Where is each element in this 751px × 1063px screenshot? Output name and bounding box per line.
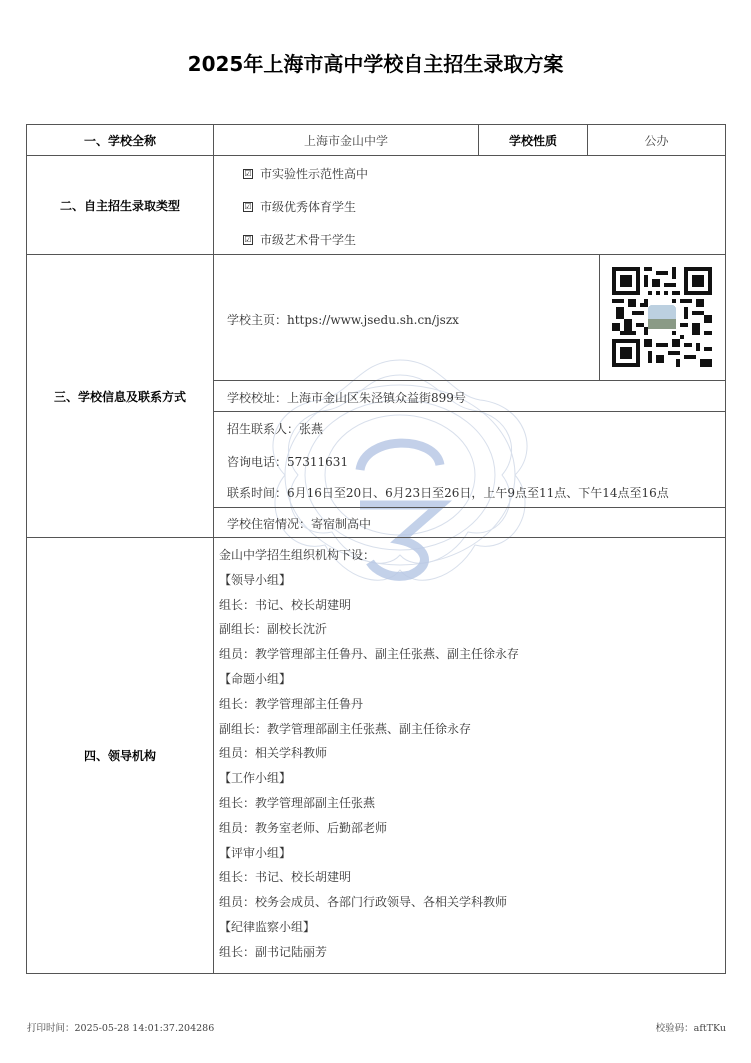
homepage-link[interactable]: 学校主页：https://www.jsedu.sh.cn/jszx <box>227 311 459 328</box>
list-item: 副组长：教学管理部副主任张燕、副主任徐永存 <box>219 720 519 745</box>
admission-type-item: ☑ 市级艺术骨干学生 <box>243 231 356 248</box>
admission-type-label: 市级优秀体育学生 <box>260 198 356 215</box>
leadership-list: 金山中学招生组织机构下设： 【领导小组】 组长：书记、校长胡建明 副组长：副校长… <box>219 546 519 968</box>
list-item: 【工作小组】 <box>219 769 519 794</box>
print-time: 打印时间：2025-05-28 14:01:37.204286 <box>27 1020 214 1034</box>
list-item: 【纪律监察小组】 <box>219 918 519 943</box>
list-item: 金山中学招生组织机构下设： <box>219 546 519 571</box>
admission-type-item: ☑ 市实验性示范性高中 <box>243 165 368 182</box>
list-item: 组长：副书记陆丽芳 <box>219 943 519 968</box>
list-item: 组长：教学管理部主任鲁丹 <box>219 695 519 720</box>
list-item: 组员：教务室老师、后勤部老师 <box>219 819 519 844</box>
contact-person: 招生联系人：张燕 <box>227 420 323 437</box>
boarding-info: 学校住宿情况：寄宿制高中 <box>227 515 371 532</box>
list-item: 组员：校务会成员、各部门行政领导、各相关学科教师 <box>219 893 519 918</box>
checkbox-checked-icon: ☑ <box>243 202 253 212</box>
list-item: 组长：书记、校长胡建明 <box>219 868 519 893</box>
list-item: 组长：教学管理部副主任张燕 <box>219 794 519 819</box>
school-name-label: 一、学校全称 <box>26 124 214 156</box>
verify-code: 校验码：aftTKu <box>656 1020 726 1034</box>
checkbox-checked-icon: ☑ <box>243 169 253 179</box>
admission-type-label: 市级艺术骨干学生 <box>260 231 356 248</box>
list-item: 组员：教学管理部主任鲁丹、副主任张燕、副主任徐永存 <box>219 645 519 670</box>
page-title: 2025年上海市高中学校自主招生录取方案 <box>0 48 751 77</box>
list-item: 组员：相关学科教师 <box>219 744 519 769</box>
list-item: 【命题小组】 <box>219 670 519 695</box>
school-info-label: 三、学校信息及联系方式 <box>26 254 214 538</box>
list-item: 副组长：副校长沈沂 <box>219 620 519 645</box>
school-address: 学校校址：上海市金山区朱泾镇众益街899号 <box>227 389 466 406</box>
contact-phone: 咨询电话：57311631 <box>227 453 348 470</box>
list-item: 【评审小组】 <box>219 844 519 869</box>
admission-types-label: 二、自主招生录取类型 <box>26 155 214 255</box>
qr-code-icon <box>612 267 712 367</box>
admission-type-item: ☑ 市级优秀体育学生 <box>243 198 356 215</box>
school-nature-label: 学校性质 <box>478 124 588 156</box>
school-nature-value: 公办 <box>587 124 726 156</box>
admission-type-label: 市实验性示范性高中 <box>260 165 368 182</box>
checkbox-checked-icon: ☑ <box>243 235 253 245</box>
list-item: 组长：书记、校长胡建明 <box>219 596 519 621</box>
list-item: 【领导小组】 <box>219 571 519 596</box>
leadership-label: 四、领导机构 <box>26 537 214 974</box>
contact-time: 联系时间：6月16日至20日、6月23日至26日，上午9点至11点、下午14点至… <box>227 484 669 501</box>
school-name-value: 上海市金山中学 <box>213 124 479 156</box>
